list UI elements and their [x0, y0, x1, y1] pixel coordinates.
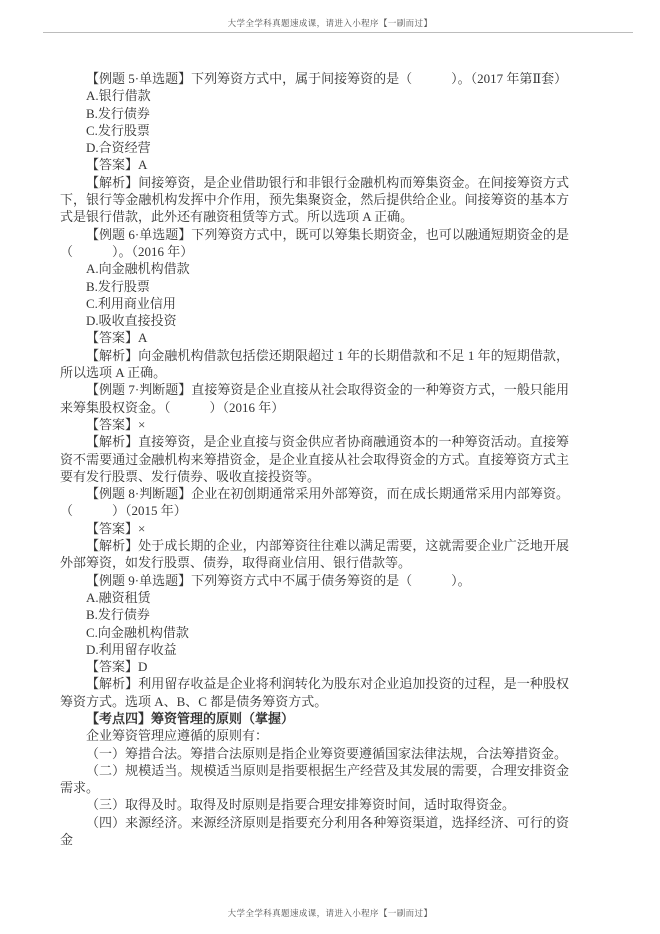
- document-page: 大学全学科真题速成课，请进入小程序【一刷而过】 【例题 5·单选题】下列筹资方式…: [0, 0, 660, 934]
- option-line: B.发行股票: [60, 278, 569, 295]
- topic-heading: 【考点四】筹资管理的原则（掌握）: [60, 710, 569, 727]
- analysis-paragraph: 【解析】间接筹资，是企业借助银行和非银行金融机构而筹集资金。在间接筹资方式下，银…: [60, 174, 569, 226]
- option-line: D.吸收直接投资: [60, 312, 569, 329]
- header-course-banner: 大学全学科真题速成课，请进入小程序【一刷而过】: [0, 17, 660, 29]
- option-line: C.利用商业信用: [60, 295, 569, 312]
- option-line: D.利用留存收益: [60, 641, 569, 658]
- option-line: A.融资租赁: [60, 589, 569, 606]
- question-paragraph: 【例题 5·单选题】下列筹资方式中，属于间接筹资的是（ ）。（2017 年第Ⅱ套…: [60, 70, 569, 87]
- analysis-paragraph: 【解析】处于成长期的企业，内部筹资往往难以满足需要，这就需要企业广泛地开展外部筹…: [60, 537, 569, 572]
- question-paragraph: 【例题 9·单选题】下列筹资方式中不属于债务筹资的是（ ）。: [60, 572, 569, 589]
- header-divider: [43, 32, 633, 33]
- answer-line: 【答案】×: [60, 416, 569, 433]
- body-paragraph: （一）筹措合法。筹措合法原则是指企业筹资要遵循国家法律法规，合法筹措资金。: [60, 745, 569, 762]
- analysis-paragraph: 【解析】利用留存收益是企业将利润转化为股东对企业追加投资的过程，是一种股权筹资方…: [60, 675, 569, 710]
- answer-line: 【答案】×: [60, 520, 569, 537]
- analysis-paragraph: 【解析】向金融机构借款包括偿还期限超过 1 年的长期借款和不足 1 年的短期借款…: [60, 347, 569, 382]
- option-line: C.向金融机构借款: [60, 624, 569, 641]
- option-line: A.银行借款: [60, 87, 569, 104]
- option-line: D.合资经营: [60, 139, 569, 156]
- analysis-paragraph: 【解析】直接筹资，是企业直接与资金供应者协商融通资本的一种筹资活动。直接筹资不需…: [60, 433, 569, 485]
- body-paragraph: （四）来源经济。来源经济原则是指要充分利用各种筹资渠道，选择经济、可行的资金: [60, 814, 569, 849]
- question-paragraph: 【例题 7·判断题】直接筹资是企业直接从社会取得资金的一种筹资方式，一般只能用来…: [60, 381, 569, 416]
- option-line: B.发行债券: [60, 105, 569, 122]
- option-line: B.发行债券: [60, 606, 569, 623]
- footer-course-banner: 大学全学科真题速成课，请进入小程序【一刷而过】: [0, 907, 660, 919]
- option-line: C.发行股票: [60, 122, 569, 139]
- answer-line: 【答案】D: [60, 658, 569, 675]
- body-paragraph: 企业筹资管理应遵循的原则有：: [60, 727, 569, 744]
- body-paragraph: （三）取得及时。取得及时原则是指要合理安排筹资时间，适时取得资金。: [60, 796, 569, 813]
- answer-line: 【答案】A: [60, 329, 569, 346]
- option-line: A.向金融机构借款: [60, 260, 569, 277]
- answer-line: 【答案】A: [60, 156, 569, 173]
- document-body: 【例题 5·单选题】下列筹资方式中，属于间接筹资的是（ ）。（2017 年第Ⅱ套…: [60, 70, 569, 848]
- question-paragraph: 【例题 8·判断题】企业在初创期通常采用外部筹资，而在成长期通常采用内部筹资。（…: [60, 485, 569, 520]
- body-paragraph: （二）规模适当。规模适当原则是指要根据生产经营及其发展的需要，合理安排资金需求。: [60, 762, 569, 797]
- question-paragraph: 【例题 6·单选题】下列筹资方式中，既可以筹集长期资金，也可以融通短期资金的是（…: [60, 226, 569, 261]
